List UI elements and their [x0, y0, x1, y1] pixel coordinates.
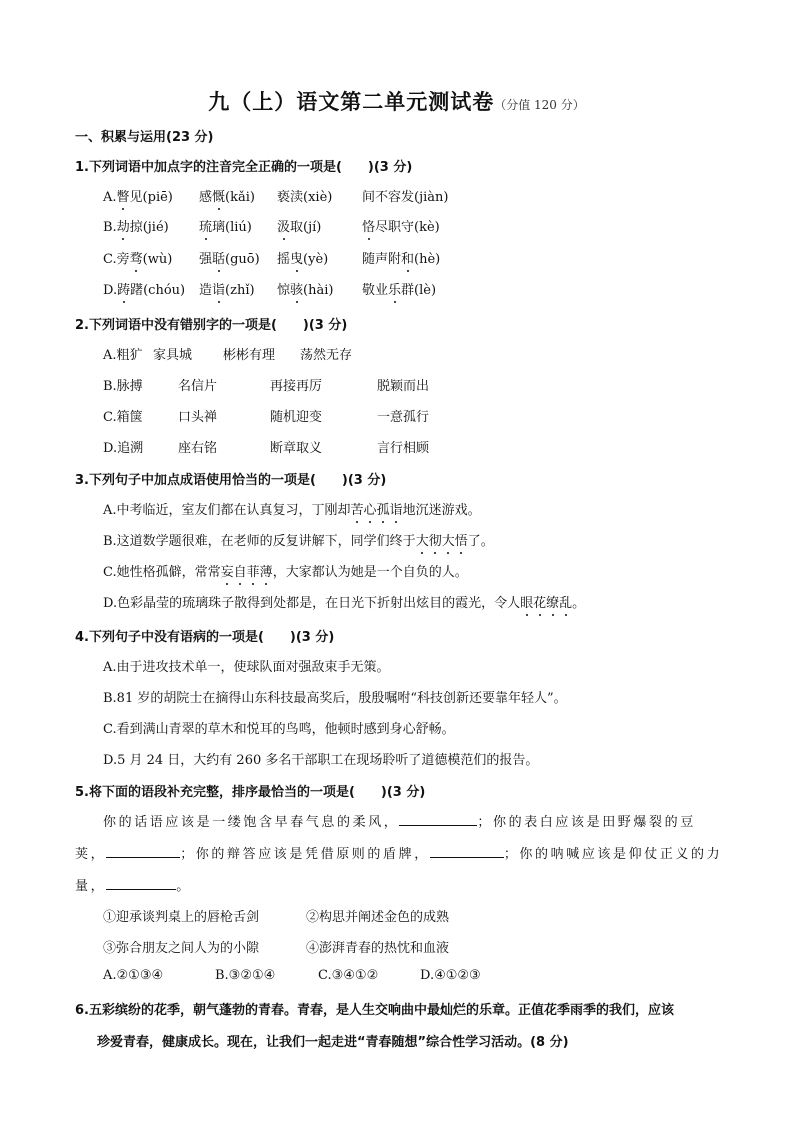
- emphasis-dot-char: 苦: [351, 499, 364, 518]
- emphasis-dot-char: 汲: [277, 216, 290, 235]
- question-3-option-c: C.她性格孤僻，常常妄自菲薄，大家都认为她是一个自负的人。: [103, 561, 468, 580]
- emphasis-dot-char: 慨: [212, 186, 225, 205]
- question-2-option-a-word-2: 家具城: [153, 344, 192, 363]
- exam-title: 九（上）语文第二单元测试卷（分值 120 分）: [0, 86, 793, 116]
- question-1-option-a-word-1: A.瞥见(piē): [103, 186, 173, 205]
- choice-2: ②构思并阐述金色的成熟: [306, 906, 449, 925]
- question-1-option-b-word-3: 汲取(jí): [277, 216, 321, 235]
- question-2-option-b-word-2: 名信片: [178, 375, 217, 394]
- passage-text: 你的话语应该是一缕饱含早春气息的柔风，: [103, 815, 399, 830]
- question-2-option-b-word-4: 脱颖而出: [377, 375, 429, 394]
- question-1-option-c-word-1: C.旁骛(wù): [103, 248, 172, 267]
- emphasis-dot-char: 孤: [377, 499, 390, 518]
- question-4-option-a: A.由于进攻技术单一，使球队面对强敌束手无策。: [103, 656, 390, 675]
- emphasis-dot-char: 踌: [117, 279, 130, 298]
- question-2-option-a-word-4: 荡然无存: [300, 344, 352, 363]
- choice-3: ③弥合朋友之间人为的小隙: [103, 937, 259, 956]
- passage-text: 量，: [75, 879, 106, 894]
- question-1-option-b-word-2: 琉璃(liú): [199, 216, 252, 235]
- question-6-stem-line-2: 珍爱青春，健康成长。现在，让我们一起走进“青春随想”综合性学习活动。(8 分): [97, 1031, 569, 1050]
- question-5-passage-line-3: 量，。: [75, 875, 192, 894]
- question-4-option-b: B.81 岁的胡院士在摘得山东科技最高奖后，殷殷嘱咐“科技创新还要靠年轻人”。: [103, 687, 567, 706]
- emphasis-dot-char: 乱: [559, 592, 572, 611]
- question-2-option-d-word-1: D.追溯: [103, 437, 143, 456]
- emphasis-dot-char: 眼: [520, 592, 533, 611]
- question-2-option-c-word-3: 随机迎变: [270, 406, 322, 425]
- emphasis-dot-char: 缭: [546, 592, 559, 611]
- passage-text: ；你的呐喊应该是仰仗正义的力: [504, 847, 722, 862]
- question-1-option-c-word-3: 摇曳(yè): [277, 248, 328, 267]
- question-5-passage-line-2: 荚，；你的辩答应该是凭借原则的盾牌，；你的呐喊应该是仰仗正义的力: [75, 843, 722, 862]
- question-1-option-b-word-1: B.劫掠(jié): [103, 216, 169, 235]
- emphasis-dot-char: 心: [364, 499, 377, 518]
- emphasis-dot-char: 妄: [221, 561, 234, 580]
- question-4-option-d: D.5 月 24 日，大约有 260 多名干部职工在现场聆听了道德模范们的报告。: [103, 749, 538, 768]
- question-2-option-c-word-4: 一意孤行: [377, 406, 429, 425]
- exam-page: 九（上）语文第二单元测试卷（分值 120 分） 一、积累与运用(23 分) 1.…: [0, 0, 793, 1122]
- emphasis-dot-char: 悟: [455, 530, 468, 549]
- question-5-passage-line-1: 你的话语应该是一缕饱含早春气息的柔风，；你的表白应该是田野爆裂的豆: [103, 811, 696, 830]
- passage-text: 。: [176, 879, 192, 894]
- emphasis-dot-char: 大: [442, 530, 455, 549]
- question-6-stem-line-1: 6.五彩缤纷的花季，朝气蓬勃的青春。青春，是人生交响曲中最灿烂的乐章。正值花季雨…: [75, 999, 674, 1018]
- option-label: D.: [103, 283, 117, 298]
- question-3-option-d: D.色彩晶莹的琉璃珠子散得到处都是，在日光下折射出炫目的霞光，令人眼花缭乱。: [103, 592, 585, 611]
- question-5-option-c: C.③④①②: [318, 968, 378, 983]
- passage-text: 荚，: [75, 847, 106, 862]
- title-main: 九（上）语文第二单元测试卷: [208, 90, 494, 114]
- question-2-option-c-word-1: C.箱箧: [103, 406, 143, 425]
- emphasis-dot-char: 骛: [130, 248, 143, 267]
- question-1-option-c-word-4: 随声附和(hè): [362, 248, 440, 267]
- question-2-option-c-word-2: 口头禅: [178, 406, 217, 425]
- emphasis-dot-char: 大: [416, 530, 429, 549]
- option-label: B.: [103, 220, 117, 235]
- question-1-option-d-word-3: 惊骇(hài): [277, 279, 333, 298]
- choice-4: ④澎湃青春的热忱和血液: [306, 937, 449, 956]
- emphasis-dot-char: 骇: [290, 279, 303, 298]
- emphasis-dot-char: 花: [533, 592, 546, 611]
- question-5-option-a: A.②①③④: [103, 968, 163, 983]
- fill-blank-4[interactable]: [106, 875, 176, 890]
- question-1-option-d-word-2: 造诣(zhǐ): [199, 279, 255, 298]
- question-2-option-d-word-3: 断章取义: [270, 437, 322, 456]
- emphasis-dot-char: 乐: [388, 279, 401, 298]
- question-1-option-a-word-4: 间不容发(jiàn): [362, 186, 448, 205]
- emphasis-dot-char: 恪: [362, 216, 375, 235]
- title-score-total: （分值 120 分）: [494, 98, 585, 112]
- emphasis-dot-char: 彻: [429, 530, 442, 549]
- question-2-option-b-word-1: B.脉搏: [103, 375, 143, 394]
- question-1-option-c-word-2: 强聒(guō): [199, 248, 260, 267]
- question-3-option-a: A.中考临近，室友们都在认真复习，丁刚却苦心孤诣地沉迷游戏。: [103, 499, 481, 518]
- emphasis-dot-char: 诣: [212, 279, 225, 298]
- emphasis-dot-char: 诣: [390, 499, 403, 518]
- option-label: A.: [103, 190, 117, 205]
- emphasis-dot-char: 琉: [199, 216, 212, 235]
- choice-1: ①迎承谈判桌上的唇枪舌剑: [103, 906, 259, 925]
- question-1-option-d-word-1: D.踌躇(chóu): [103, 279, 185, 298]
- question-3-option-b: B.这道数学题很难，在老师的反复讲解下，同学们终于大彻大悟了。: [103, 530, 494, 549]
- passage-text: ；你的辩答应该是凭借原则的盾牌，: [180, 847, 430, 862]
- fill-blank-2[interactable]: [106, 843, 180, 858]
- question-1-option-a-word-2: 感慨(kǎi): [199, 186, 255, 205]
- question-1-option-a-word-3: 亵渎(xiè): [277, 186, 332, 205]
- question-2-stem: 2.下列词语中没有错别字的一项是( )(3 分): [75, 314, 347, 333]
- question-2-option-b-word-3: 再接再厉: [270, 375, 322, 394]
- question-4-option-c: C.看到满山青翠的草木和悦耳的鸟鸣，他顿时感到身心舒畅。: [103, 718, 455, 737]
- question-5-option-b: B.③②①④: [215, 968, 275, 983]
- emphasis-dot-char: 自: [234, 561, 247, 580]
- emphasis-dot-char: 菲: [247, 561, 260, 580]
- question-3-stem: 3.下列句子中加点成语使用恰当的一项是( )(3 分): [75, 469, 386, 488]
- emphasis-dot-char: 薄: [260, 561, 273, 580]
- question-1-option-b-word-4: 恪尽职守(kè): [362, 216, 440, 235]
- emphasis-dot-char: 和: [401, 248, 414, 267]
- question-5-stem: 5.将下面的语段补充完整，排序最恰当的一项是( )(3 分): [75, 781, 425, 800]
- question-2-option-a-word-3: 彬彬有理: [223, 344, 275, 363]
- question-2-option-d-word-4: 言行相顾: [377, 437, 429, 456]
- question-2-option-a-word-1: A.粗犷: [103, 344, 143, 363]
- question-2-option-d-word-2: 座右铭: [178, 437, 217, 456]
- fill-blank-3[interactable]: [430, 843, 504, 858]
- emphasis-dot-char: 瞥: [117, 186, 130, 205]
- question-5-option-d: D.④①②③: [420, 968, 481, 983]
- option-label: C.: [103, 252, 117, 267]
- section-heading: 一、积累与运用(23 分): [75, 126, 214, 145]
- question-1-stem: 1.下列词语中加点字的注音完全正确的一项是( )(3 分): [75, 156, 412, 175]
- question-4-stem: 4.下列句子中没有语病的一项是( )(3 分): [75, 626, 334, 645]
- passage-text: ；你的表白应该是田野爆裂的豆: [477, 815, 695, 830]
- fill-blank-1[interactable]: [399, 811, 477, 826]
- question-1-option-d-word-4: 敬业乐群(lè): [362, 279, 436, 298]
- emphasis-dot-char: 聒: [212, 248, 225, 267]
- emphasis-dot-char: 曳: [290, 248, 303, 267]
- emphasis-dot-char: 劫: [117, 216, 130, 235]
